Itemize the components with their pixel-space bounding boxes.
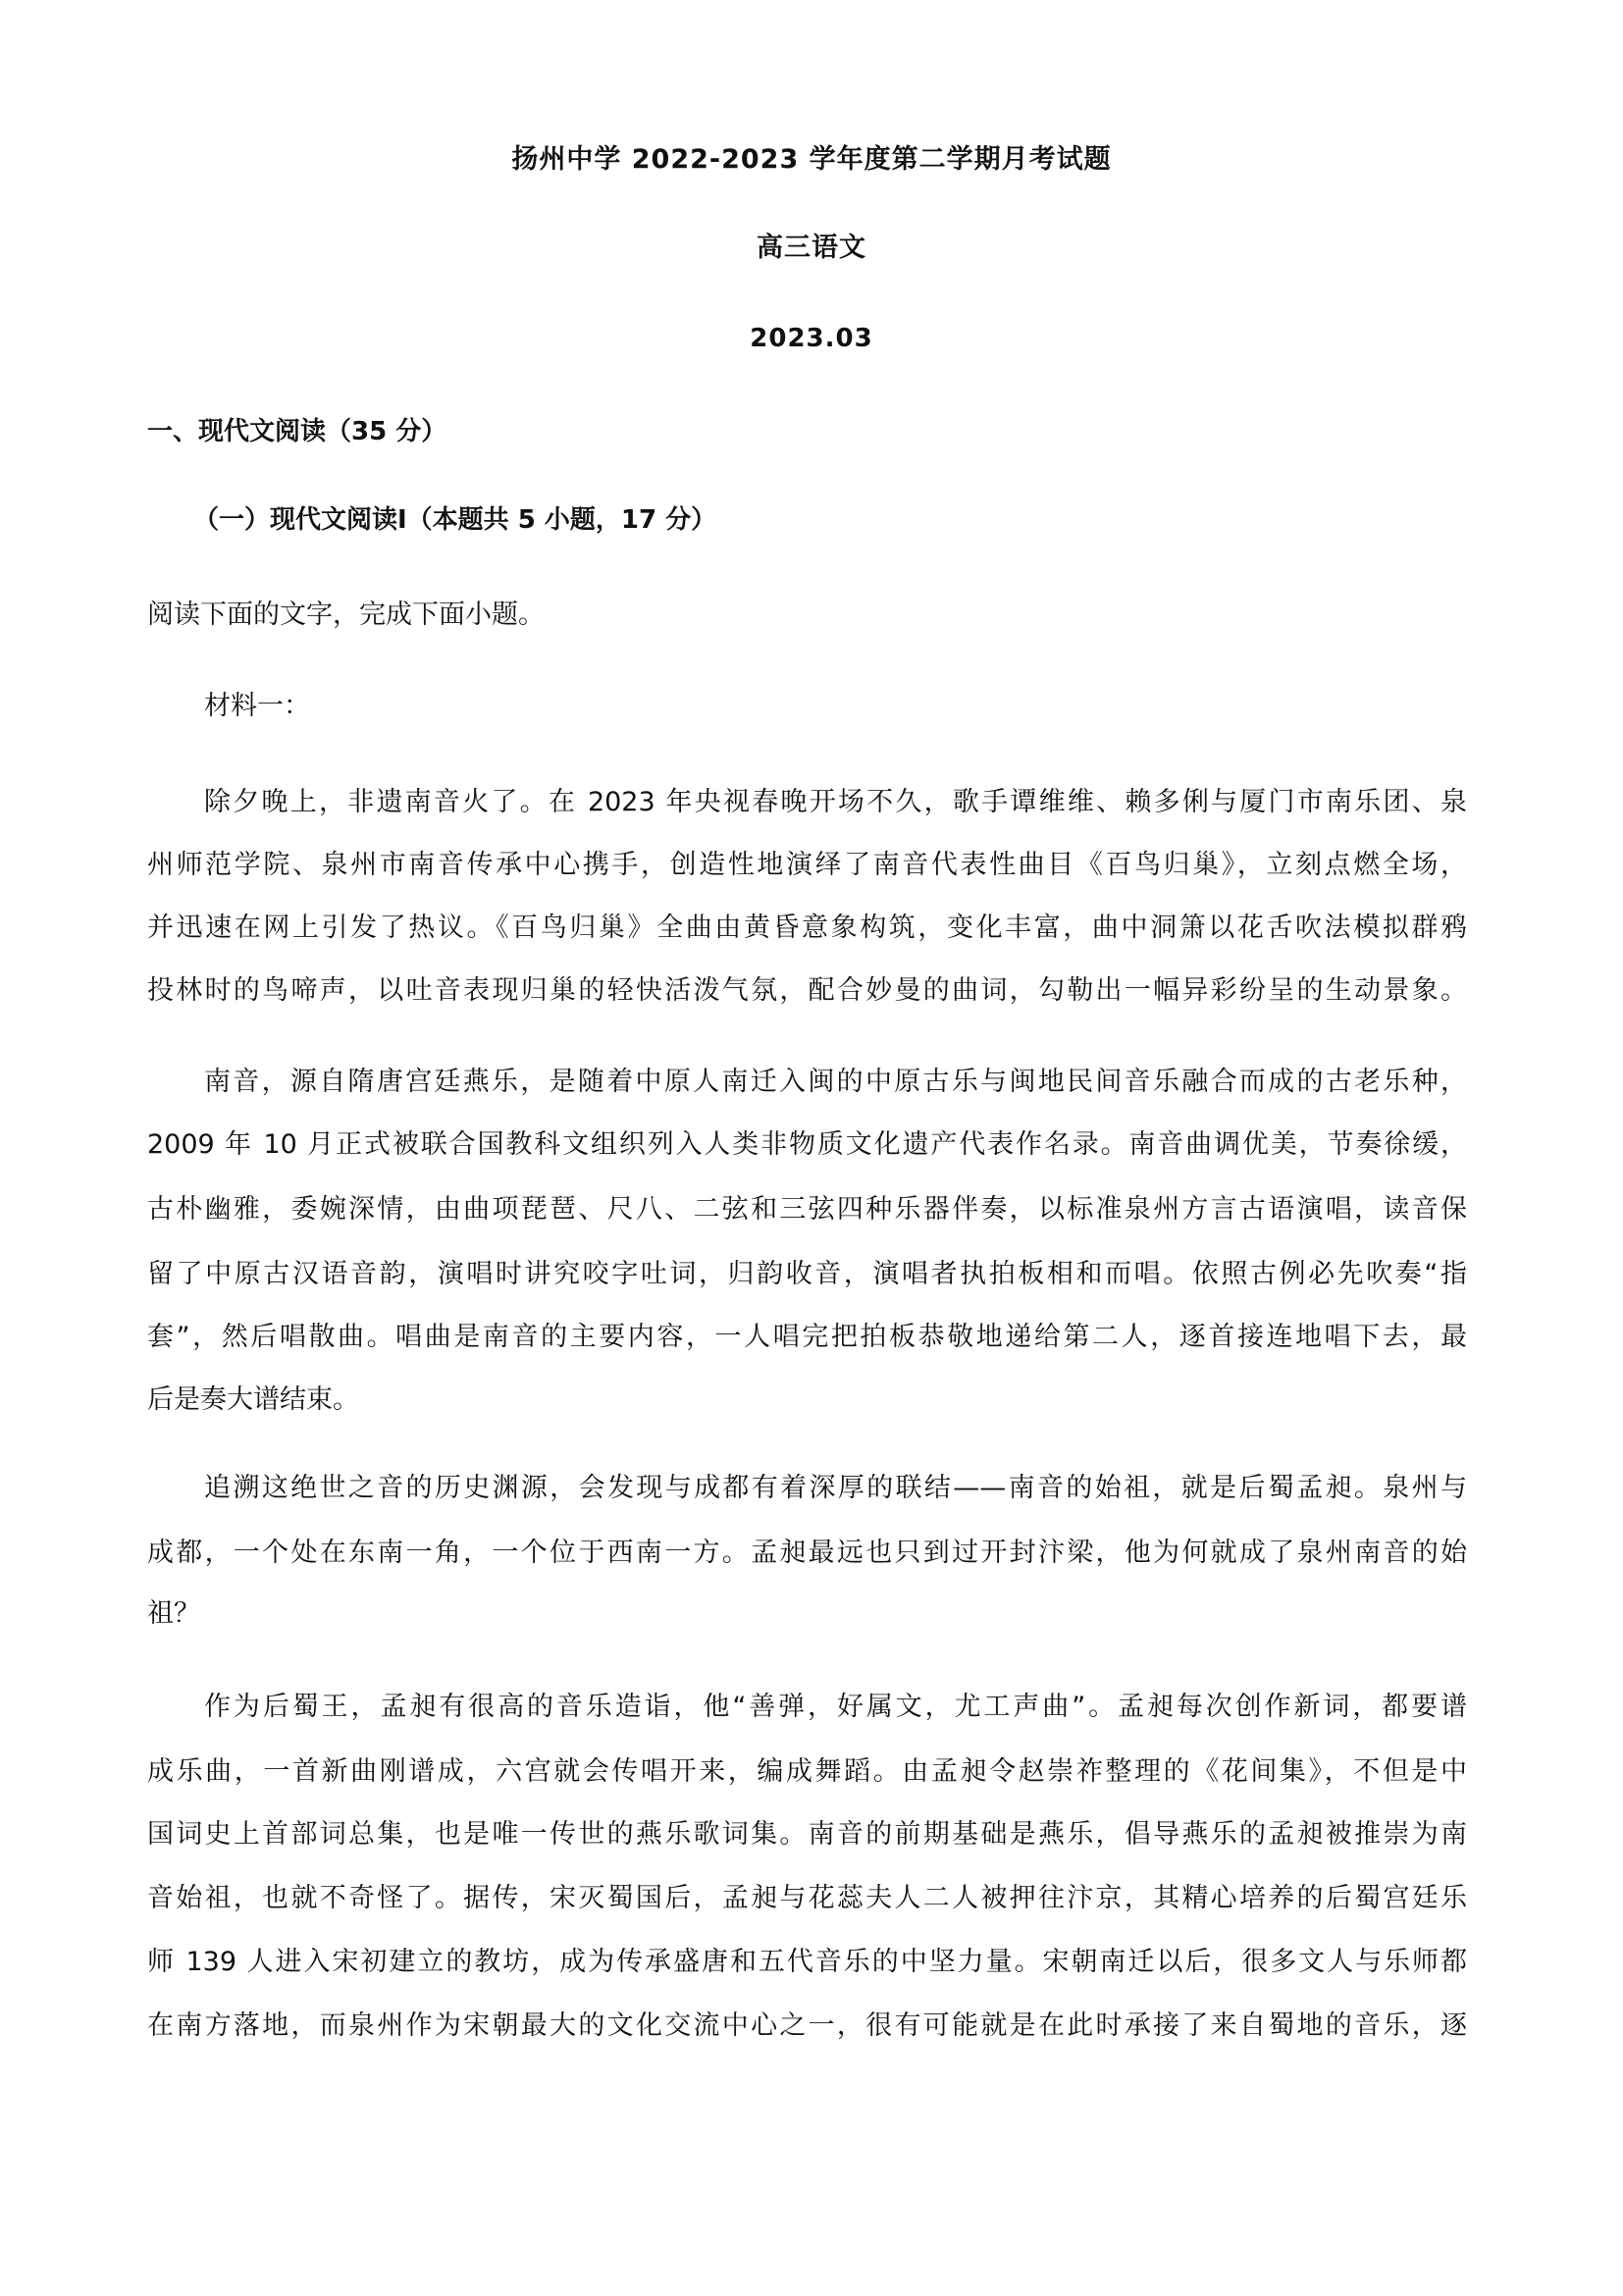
paragraph-line: 师 139 人进入宋初建立的教坊，成为传承盛唐和五代音乐的中坚力量。宋朝南迁以后… (147, 1943, 1467, 1982)
paragraph-line: 作为后蜀王，孟昶有很高的音乐造诣，他“善弹，好属文，尤工声曲”。孟昶每次创作新词… (204, 1688, 1467, 1727)
paragraph-line: 除夕晚上，非遗南音火了。在 2023 年央视春晚开场不久，歌手谭维维、赖多俐与厦… (204, 783, 1467, 822)
paragraph-line: 南音，源自隋唐宫廷燕乐，是随着中原人南迁入闽的中原古乐与闽地民间音乐融合而成的古… (204, 1063, 1467, 1102)
reading-instruction: 阅读下面的文字，完成下面小题。 (147, 598, 545, 633)
paragraph-line: 成都，一个处在东南一角，一个位于西南一方。孟昶最远也只到过开封汴梁，他为何就成了… (147, 1534, 1467, 1573)
paragraph-line: 成乐曲，一首新曲刚谱成，六宫就会传唱开来，编成舞蹈。由孟昶令赵崇祚整理的《花间集… (147, 1752, 1467, 1792)
paragraph-line: 2009 年 10 月正式被联合国教科文组织列入人类非物质文化遗产代表作名录。南… (147, 1125, 1467, 1165)
exam-date: 2023.03 (0, 321, 1623, 356)
paragraph-line: 追溯这绝世之音的历史渊源，会发现与成都有着深厚的联结——南音的始祖，就是后蜀孟昶… (204, 1469, 1467, 1508)
paragraph-line: 古朴幽雅，委婉深情，由曲项琵琶、尺八、二弦和三弦四种乐器伴奏，以标准泉州方言古语… (147, 1190, 1467, 1229)
paragraph-line: 在南方落地，而泉州作为宋朝最大的文化交流中心之一，很有可能就是在此时承接了来自蜀… (147, 2007, 1467, 2046)
exam-page: 扬州中学 2022-2023 学年度第二学期月考试题 高三语文 2023.03 … (0, 0, 1623, 2296)
paragraph-line: 套”，然后唱散曲。唱曲是南音的主要内容，一人唱完把拍板恭敬地递给第二人，逐首接连… (147, 1318, 1467, 1357)
paragraph-line: 国词史上首部词总集，也是唯一传世的燕乐歌词集。南音的前期基础是燕乐，倡导燕乐的孟… (147, 1815, 1467, 1854)
sub-heading: （一）现代文阅读Ⅰ（本题共 5 小题，17 分） (193, 502, 716, 538)
paragraph-line: 州师范学院、泉州市南音传承中心携手，创造性地演绎了南音代表性曲目《百鸟归巢》，立… (147, 846, 1467, 885)
section-heading: 一、现代文阅读（35 分） (147, 414, 446, 449)
paragraph-line: 并迅速在网上引发了热议。《百鸟归巢》全曲由黄昏意象构筑，变化丰富，曲中洞箫以花舌… (147, 909, 1467, 948)
exam-title: 扬州中学 2022-2023 学年度第二学期月考试题 (0, 142, 1623, 178)
paragraph-line: 投林时的鸟啼声，以吐音表现归巢的轻快活泼气氛，配合妙曼的曲词，勾勒出一幅异彩纷呈… (147, 971, 1467, 1011)
paragraph-line: 音始祖，也就不奇怪了。据传，宋灭蜀国后，孟昶与花蕊夫人二人被押往汴京，其精心培养… (147, 1879, 1467, 1918)
paragraph-line: 祖？ (147, 1594, 1467, 1634)
paragraph-line: 留了中原古汉语音韵，演唱时讲究咬字吐词，归韵收音，演唱者执拍板相和而唱。依照古例… (147, 1255, 1467, 1294)
material-label: 材料一： (204, 689, 310, 724)
exam-subject: 高三语文 (0, 231, 1623, 266)
paragraph-line: 后是奏大谱结束。 (147, 1381, 1467, 1420)
